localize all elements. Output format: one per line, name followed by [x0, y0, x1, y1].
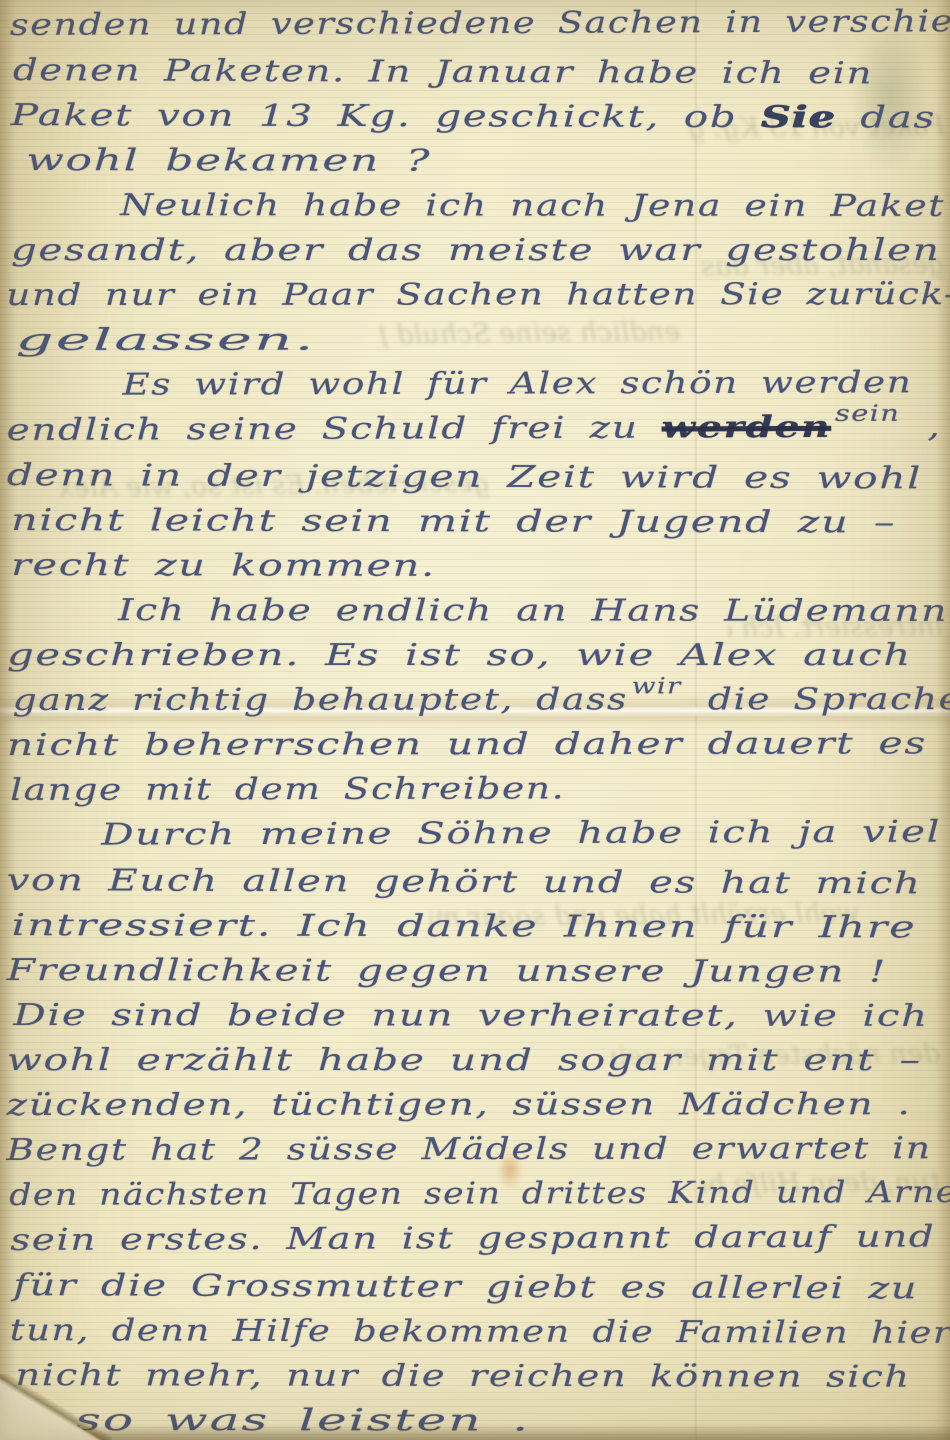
letter-line-text: Die sind beide nun verheiratet, wie ich [13, 993, 928, 1039]
paper-bottom-edge-shadow [0, 1424, 950, 1440]
letter-line-text: für die Grossmutter giebt es allerlei zu [13, 1263, 918, 1311]
letter-line-text: nicht mehr, nur die reichen können sich [15, 1353, 910, 1400]
paper-right-edge-shading [936, 0, 950, 1440]
letter-line-text: gelassen. [16, 318, 316, 363]
letter-line: lange mit dem Schreiben. [0, 765, 950, 813]
letter-line: denen Paketen. In Januar habe ich ein [0, 48, 950, 98]
letter-line: tun, denn Hilfe bekommen die Familien hi… [0, 1308, 950, 1356]
paper-left-edge-shading [0, 0, 16, 1440]
letter-line-text: intressiert. Ich danke Ihnen für Ihre [11, 903, 916, 950]
letter-line-text: sein erstes. Man ist gespannt darauf und [10, 1214, 935, 1262]
letter-line-text: wohl erzählt habe und sogar mit ent – [7, 1038, 922, 1083]
letter-line-text: wohl bekamen ? [26, 138, 431, 184]
letter-line-text: senden und verschiedene Sachen in versch… [10, 0, 950, 48]
letter-line: nicht mehr, nur die reichen können sich [0, 1353, 950, 1400]
letter-line-text: endlich seine Schuld frei zu werdensein … [6, 404, 941, 455]
letter-line-text: Durch meine Söhne habe ich ja viel [101, 810, 941, 858]
letter-line: intressiert. Ich danke Ihnen für Ihre [0, 903, 950, 951]
letter-line-text: Ich habe endlich an Hans Lüdemann [118, 588, 948, 634]
letter-line-text: nicht beherrschen und daher dauert es [7, 721, 927, 768]
letter-line: nicht beherrschen und daher dauert es [0, 721, 950, 768]
letter-line: geschrieben. Es ist so, wie Alex auch [0, 633, 950, 678]
letter-line-text: Freundlichkeit gegen unsere Jungen ! [7, 948, 887, 995]
letter-line: für die Grossmutter giebt es allerlei zu [0, 1263, 950, 1313]
letter-line: endlich seine Schuld frei zu werdensein … [0, 403, 950, 453]
letter-line-text: geschrieben. Es ist so, wie Alex auch [7, 633, 912, 678]
emphasized-word: Sie [761, 100, 836, 135]
letter-line-text: Neulich habe ich nach Jena ein Paket [120, 183, 945, 229]
inserted-word-above-line: sein [835, 392, 900, 437]
letter-line: nicht leicht sein mit der Jugend zu – [0, 498, 950, 546]
letter-line: und nur ein Paar Sachen hatten Sie zurüc… [0, 272, 950, 318]
letter-line-text: lange mit dem Schreiben. [10, 766, 565, 813]
letter-line: gelassen. [0, 316, 950, 363]
letter-line: recht zu kommen. [0, 543, 950, 590]
letter-line: Freundlichkeit gegen unsere Jungen ! [0, 948, 950, 995]
letter-line: von Euch allen gehört und es hat mich [0, 858, 950, 908]
letter-line-text: nicht leicht sein mit der Jugend zu – [11, 498, 896, 545]
inserted-word-above-line: wir [632, 664, 682, 709]
letter-line: sein erstes. Man ist gespannt darauf und [0, 1213, 950, 1263]
letter-line-text: ganz richtig behauptet, dasswir die Spra… [13, 677, 950, 726]
letter-line-text: tun, denn Hilfe bekommen die Familien hi… [10, 1308, 950, 1356]
letter-line-text: gesandt, aber das meiste war gestohlen [11, 228, 941, 273]
letter-line-text: Es wird wohl für Alex schön werden [122, 360, 912, 407]
handwritten-text-layer: senden und verschiedene Sachen in versch… [0, 0, 950, 1440]
letter-line: Neulich habe ich nach Jena ein Paket [0, 183, 950, 229]
letter-line: gesandt, aber das meiste war gestohlen [0, 228, 950, 273]
letter-line-text: und nur ein Paar Sachen hatten Sie zurüc… [6, 272, 950, 318]
letter-line: den nächsten Tagen sein drittes Kind und… [0, 1170, 950, 1218]
letter-line: Ich habe endlich an Hans Lüdemann [0, 588, 950, 634]
letter-line: Es wird wohl für Alex schön werden [0, 360, 950, 408]
letter-line: Durch meine Söhne habe ich ja viel [0, 808, 950, 858]
letter-line: senden und verschiedene Sachen in versch… [0, 0, 950, 48]
letter-line-text: Bengt hat 2 süsse Mädels und erwartet in [6, 1126, 931, 1173]
letter-line-text: denn in der jetzigen Zeit wird es wohl [7, 453, 922, 501]
letter-line-text: von Euch allen gehört und es hat mich [7, 858, 922, 906]
letter-line: ganz richtig behauptet, dasswir die Spra… [0, 677, 950, 723]
letter-line-text: den nächsten Tagen sein drittes Kind und… [9, 1170, 950, 1218]
letter-line: Paket von 13 Kg. geschickt, ob Sie das [0, 93, 950, 141]
letter-line: Bengt hat 2 süsse Mädels und erwartet in [0, 1126, 950, 1173]
letter-scan-page: Paket von 13 Kg. geschickt, ob Sie dasge… [0, 0, 950, 1440]
letter-line-text: zückenden, tüchtigen, süssen Mädchen . [6, 1082, 911, 1128]
struck-out-word: werden [662, 410, 832, 446]
letter-line: wohl bekamen ? [0, 138, 950, 185]
letter-line: wohl erzählt habe und sogar mit ent – [0, 1038, 950, 1083]
letter-line-text: denen Paketen. In Januar habe ich ein [13, 48, 873, 96]
letter-line-text: Paket von 13 Kg. geschickt, ob Sie das [11, 93, 936, 141]
letter-line: denn in der jetzigen Zeit wird es wohl [0, 453, 950, 503]
letter-line: Die sind beide nun verheiratet, wie ich [0, 993, 950, 1039]
letter-line-text: recht zu kommen. [11, 543, 436, 589]
letter-line: zückenden, tüchtigen, süssen Mädchen . [0, 1082, 950, 1128]
